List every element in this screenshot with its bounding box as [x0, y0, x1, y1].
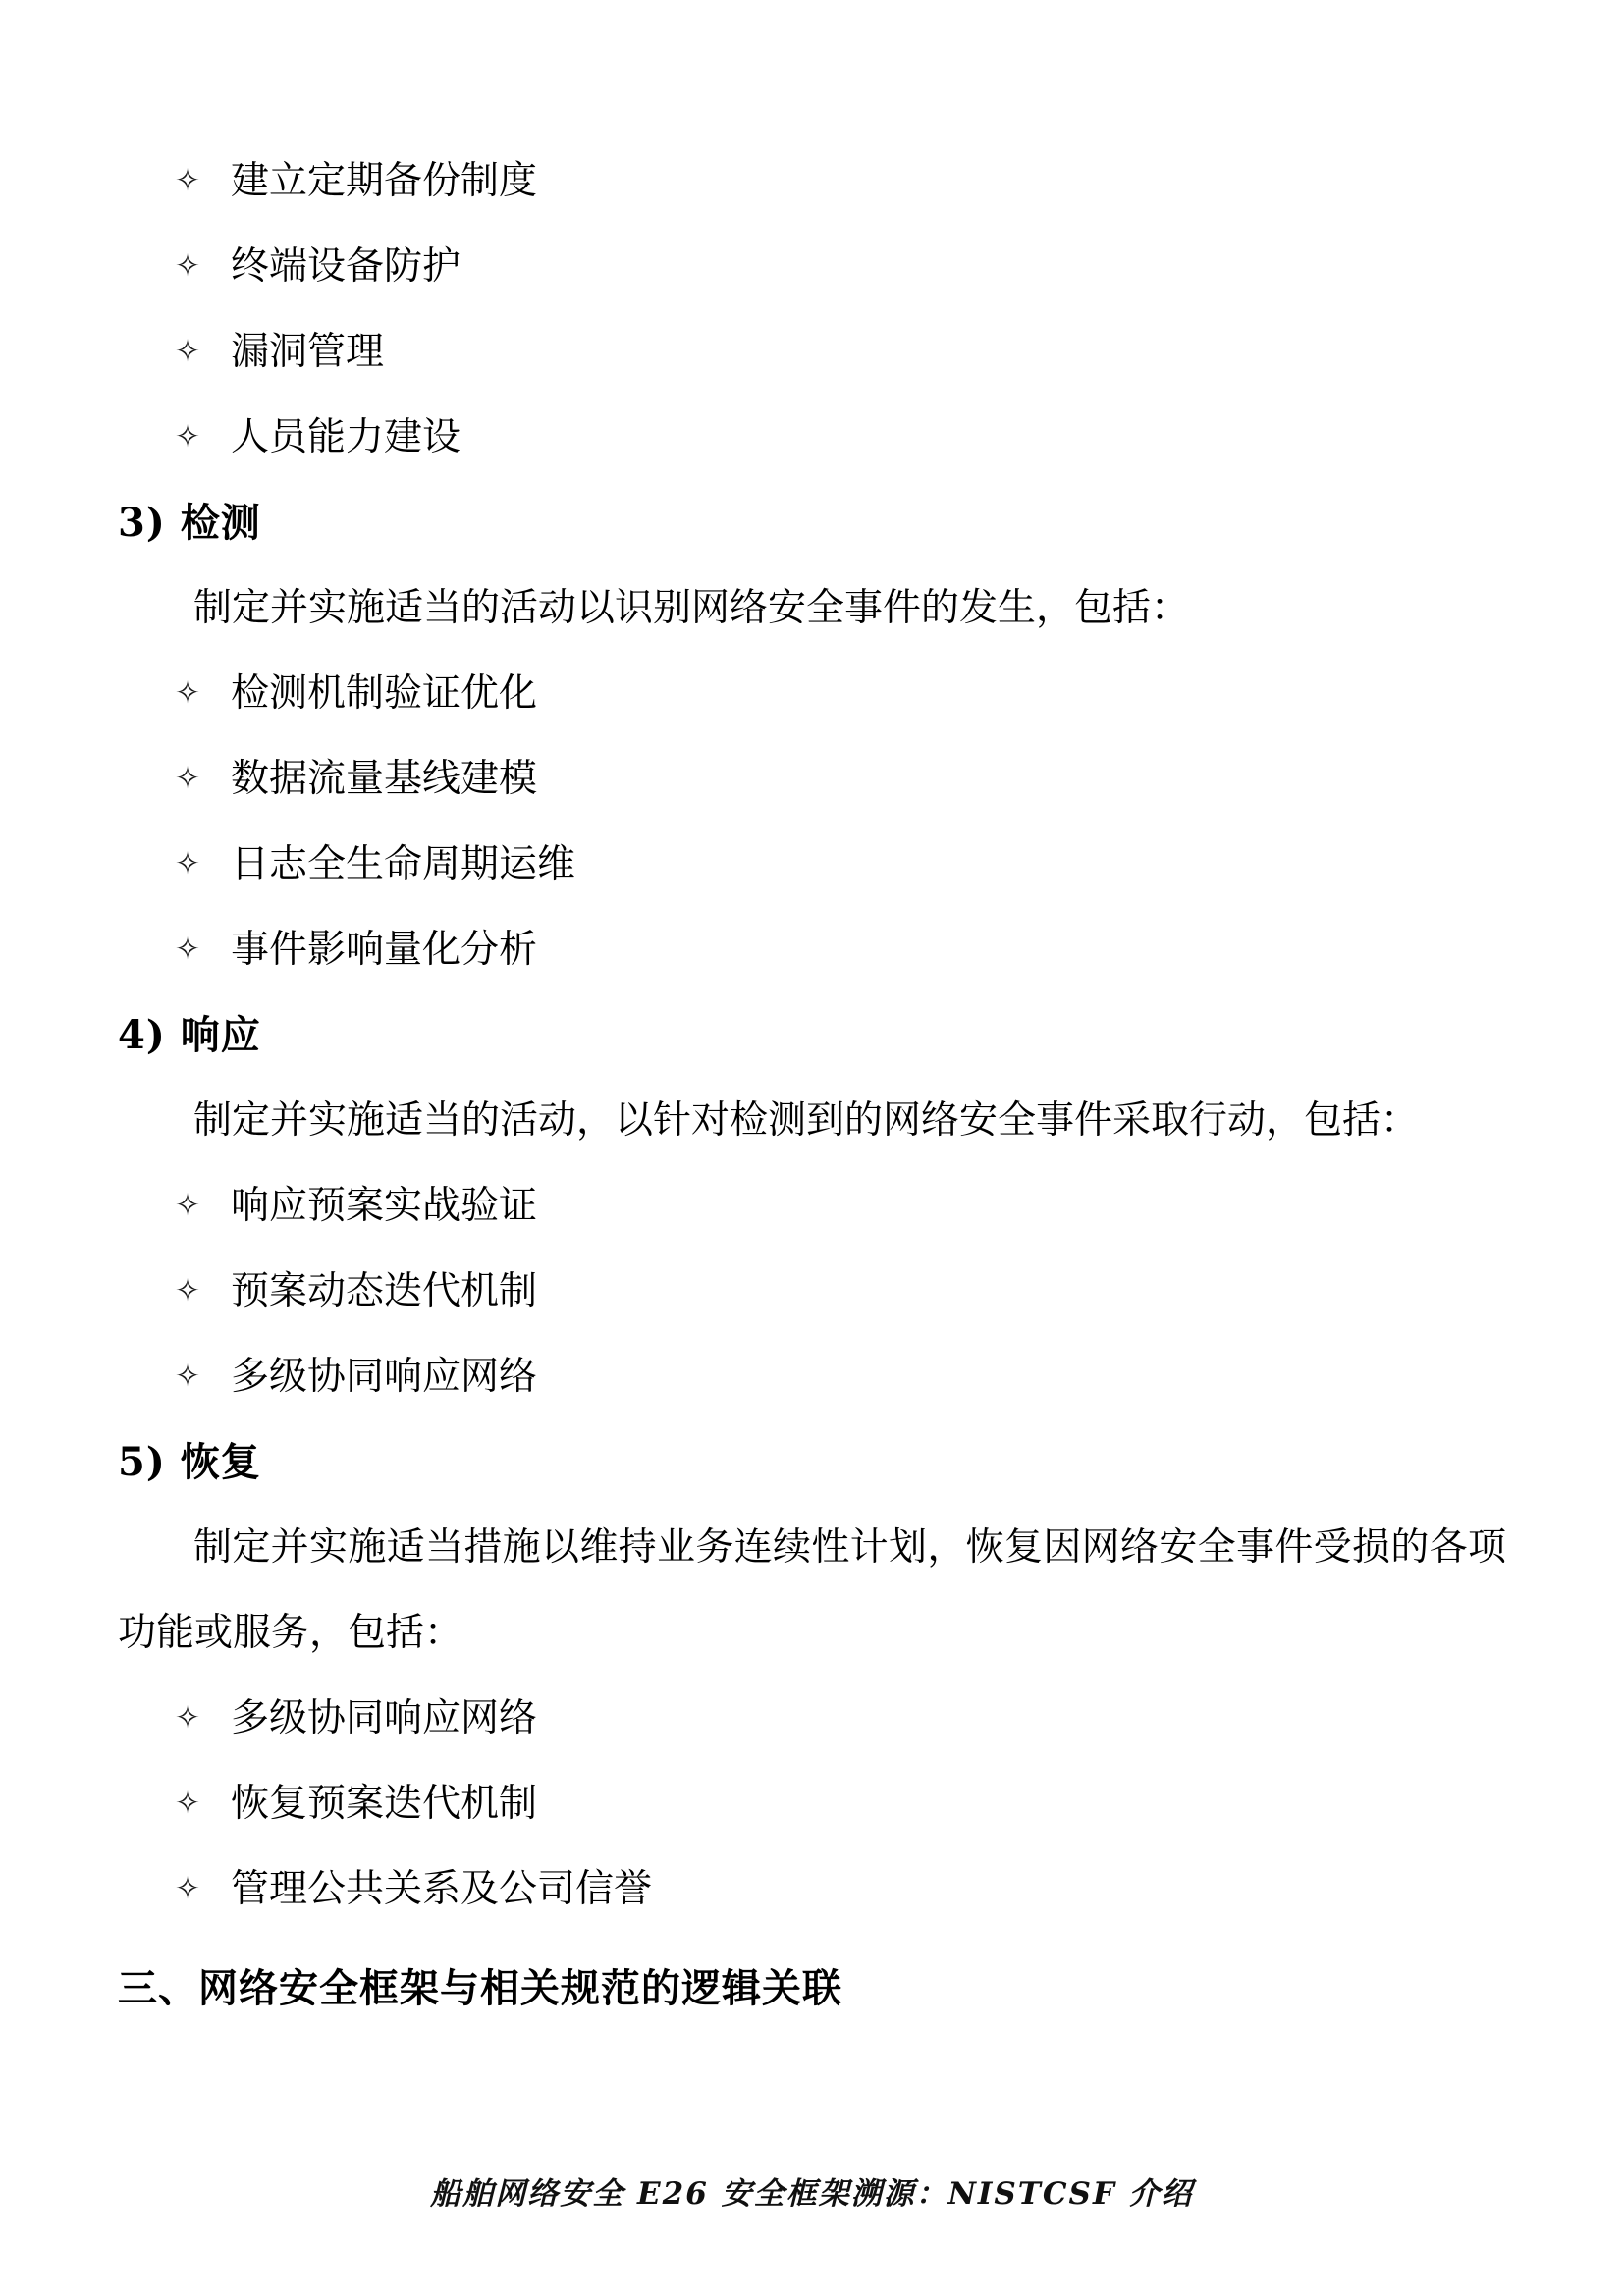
bullet-label: 检测机制验证优化	[231, 671, 537, 716]
page-footer-text: 船舶网络安全 E26 安全框架溯源：NISTCSF 介绍	[0, 2171, 1624, 2216]
bullet-label: 恢复预案迭代机制	[231, 1782, 537, 1826]
diamond-bullet-icon: ✧	[175, 1334, 200, 1419]
bullet-label: 多级协同响应网络	[231, 1696, 537, 1740]
diamond-bullet-icon: ✧	[175, 1761, 200, 1846]
heading-title: 响应	[181, 1012, 261, 1058]
diamond-bullet-icon: ✧	[175, 1249, 200, 1334]
list-item: ✧ 管理公共关系及公司信誉	[118, 1846, 1506, 1932]
bullet-label: 多级协同响应网络	[231, 1355, 537, 1399]
document-page: ✧ 建立定期备份制度 ✧ 终端设备防护 ✧ 漏洞管理 ✧ 人员能力建设 3)检测…	[0, 0, 1624, 2296]
bullet-label: 终端设备防护	[231, 244, 460, 289]
section-paragraph: 制定并实施适当措施以维持业务连续性计划，恢复因网络安全事件受损的各项功能或服务，…	[118, 1505, 1506, 1676]
heading-detect: 3)检测	[118, 480, 1506, 565]
diamond-bullet-icon: ✧	[175, 138, 200, 224]
heading-title: 恢复	[181, 1439, 261, 1485]
diamond-bullet-icon: ✧	[175, 309, 200, 395]
list-item: ✧ 人员能力建设	[118, 395, 1506, 480]
diamond-bullet-icon: ✧	[175, 395, 200, 480]
bullet-label: 漏洞管理	[231, 330, 384, 374]
heading-respond: 4)响应	[118, 992, 1506, 1078]
bullet-label: 预案动态迭代机制	[231, 1269, 537, 1313]
list-item: ✧ 多级协同响应网络	[118, 1334, 1506, 1419]
bullet-label: 人员能力建设	[231, 415, 460, 459]
diamond-bullet-icon: ✧	[175, 224, 200, 309]
diamond-bullet-icon: ✧	[175, 1676, 200, 1761]
list-item: ✧ 日志全生命周期运维	[118, 822, 1506, 907]
bullet-label: 事件影响量化分析	[231, 928, 537, 972]
bullet-list-detect: ✧ 检测机制验证优化 ✧ 数据流量基线建模 ✧ 日志全生命周期运维 ✧ 事件影响…	[118, 651, 1506, 992]
list-item: ✧ 检测机制验证优化	[118, 651, 1506, 736]
list-item: ✧ 漏洞管理	[118, 309, 1506, 395]
section-paragraph: 制定并实施适当的活动，以针对检测到的网络安全事件采取行动，包括：	[118, 1078, 1506, 1163]
diamond-bullet-icon: ✧	[175, 736, 200, 822]
bullet-label: 建立定期备份制度	[231, 159, 537, 203]
bullet-label: 响应预案实战验证	[231, 1184, 537, 1228]
diamond-bullet-icon: ✧	[175, 1846, 200, 1932]
list-item: ✧ 多级协同响应网络	[118, 1676, 1506, 1761]
heading-number: 5)	[118, 1439, 166, 1485]
list-item: ✧ 数据流量基线建模	[118, 736, 1506, 822]
list-item: ✧ 恢复预案迭代机制	[118, 1761, 1506, 1846]
list-item: ✧ 响应预案实战验证	[118, 1163, 1506, 1249]
list-item: ✧ 事件影响量化分析	[118, 907, 1506, 992]
bullet-list-protect: ✧ 建立定期备份制度 ✧ 终端设备防护 ✧ 漏洞管理 ✧ 人员能力建设	[118, 138, 1506, 480]
diamond-bullet-icon: ✧	[175, 822, 200, 907]
heading-number: 4)	[118, 1012, 166, 1058]
list-item: ✧ 预案动态迭代机制	[118, 1249, 1506, 1334]
bullet-list-recover: ✧ 多级协同响应网络 ✧ 恢复预案迭代机制 ✧ 管理公共关系及公司信誉	[118, 1676, 1506, 1932]
bullet-list-respond: ✧ 响应预案实战验证 ✧ 预案动态迭代机制 ✧ 多级协同响应网络	[118, 1163, 1506, 1419]
bullet-label: 数据流量基线建模	[231, 757, 537, 801]
list-item: ✧ 建立定期备份制度	[118, 138, 1506, 224]
diamond-bullet-icon: ✧	[175, 1163, 200, 1249]
heading-number: 3)	[118, 500, 166, 546]
list-item: ✧ 终端设备防护	[118, 224, 1506, 309]
bullet-label: 日志全生命周期运维	[231, 842, 575, 886]
closing-section-heading: 三、网络安全框架与相关规范的逻辑关联	[118, 1946, 1506, 2031]
diamond-bullet-icon: ✧	[175, 651, 200, 736]
bullet-label: 管理公共关系及公司信誉	[231, 1867, 652, 1911]
diamond-bullet-icon: ✧	[175, 907, 200, 992]
heading-title: 检测	[181, 500, 261, 546]
heading-recover: 5)恢复	[118, 1419, 1506, 1505]
section-paragraph: 制定并实施适当的活动以识别网络安全事件的发生，包括：	[118, 565, 1506, 651]
